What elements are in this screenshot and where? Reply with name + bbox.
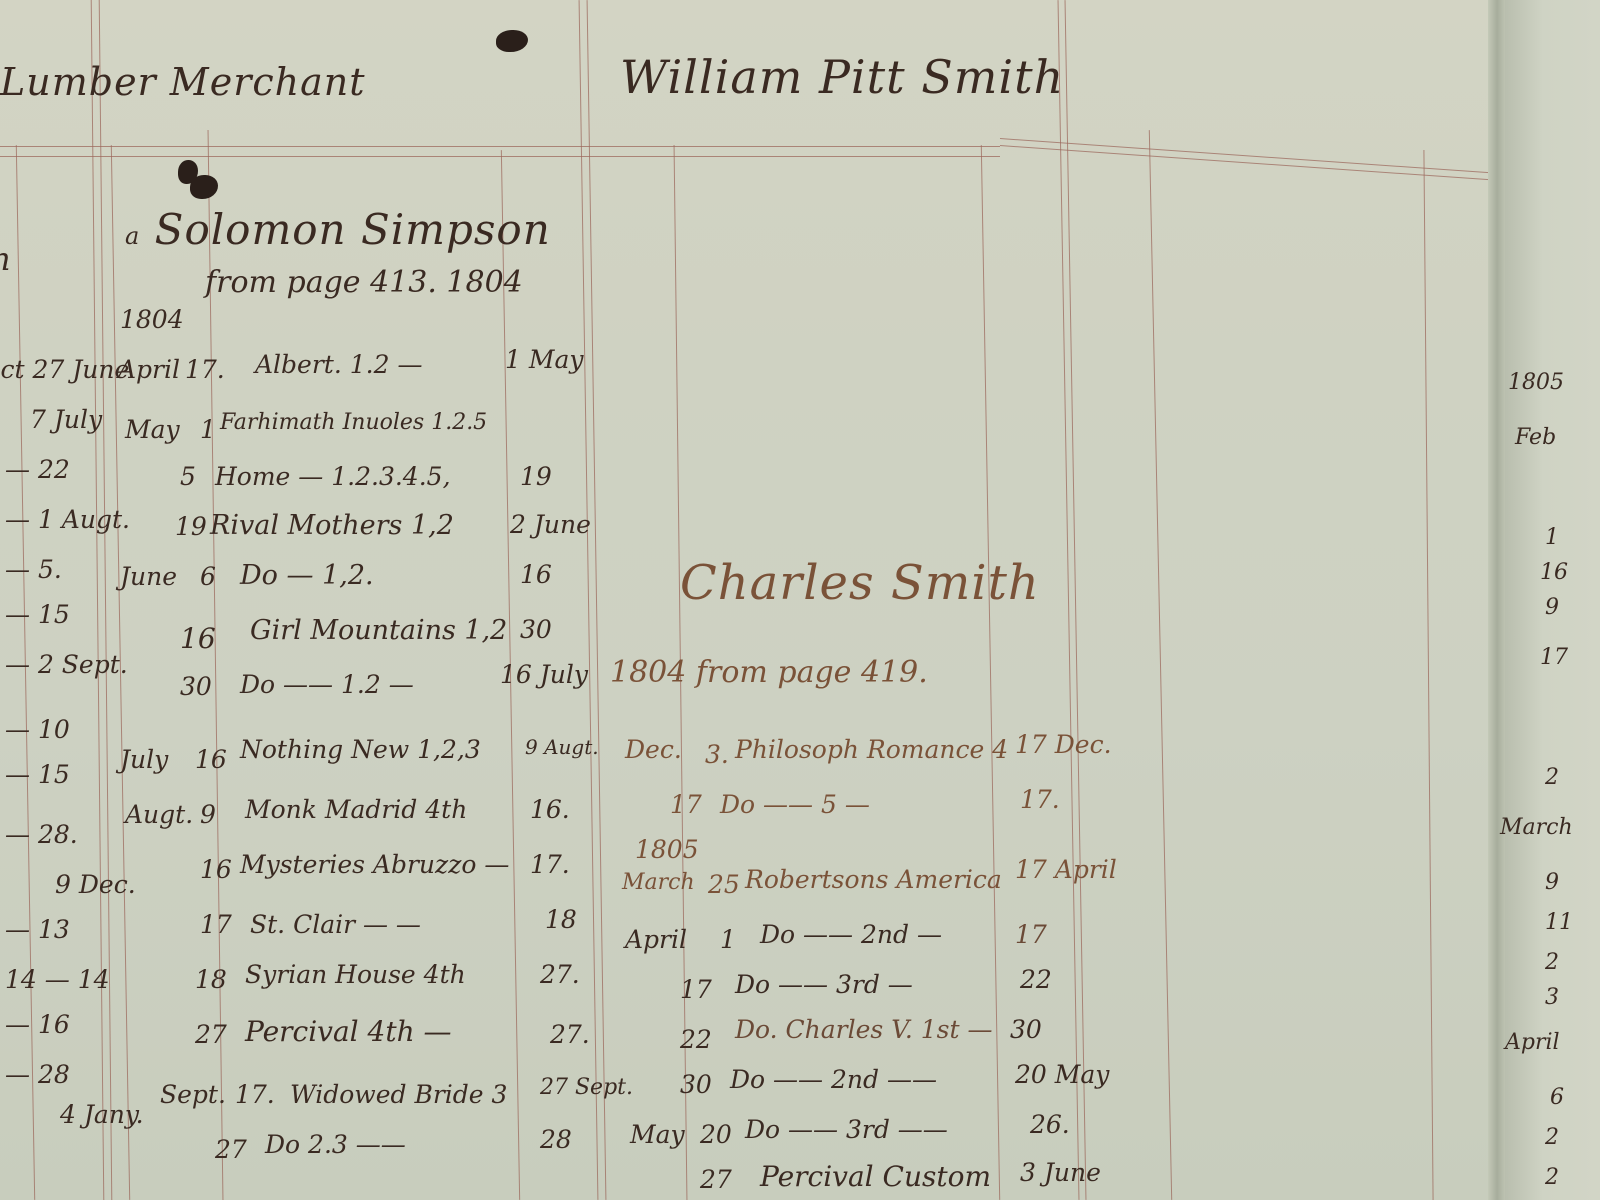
facing-fragment: 9 [1545,595,1559,620]
entry-day: 9 [200,800,216,829]
facing-fragment: 17 [1540,645,1568,670]
entry-to: 16 [520,560,552,589]
year-label: 1804 [120,305,184,334]
carried-from: from page 413. 1804 [205,265,523,300]
margin-fragment: Oct 27 June [0,355,129,384]
entry-day: 19 [175,512,207,541]
entry-month: March [622,870,695,895]
entry-to: 9 Augt. [525,735,599,759]
entry-to: 30 [1010,1015,1042,1044]
facing-fragment: 2 [1545,1165,1559,1190]
entry-title: Mysteries Abruzzo — [240,850,509,879]
entry-to: 26. [1030,1110,1070,1139]
entry-title: Percival Custom [760,1160,991,1193]
entry-to: 16 July [500,660,588,689]
column-rule [1423,150,1433,1200]
entry-title: St. Clair — — [250,910,421,939]
entry-to: 19 [520,462,552,491]
entry-day: 17 [670,790,702,819]
entry-day: 30 [680,1070,712,1099]
facing-fragment: 9 [1545,870,1559,895]
facing-fragment: 6 [1550,1085,1564,1110]
margin-fragment: — 2 Sept. [5,650,128,679]
entry-title: Robertsons America [745,865,1002,894]
entry-title: Albert. 1.2 — [255,350,422,379]
margin-fragment: — 5. [5,555,62,584]
entry-to: 17 April [1015,855,1117,884]
entry-day: 30 [180,672,212,701]
entry-to: 17. [530,850,570,879]
entry-title: Percival 4th — [245,1015,452,1048]
entry-day: 17. [235,1080,275,1109]
margin-fragment: — 28. [5,820,78,849]
entry-title: Widowed Bride 3 [290,1080,507,1109]
margin-fragment: — 10 [5,715,70,744]
entry-title: Rival Mothers 1,2 [210,510,454,541]
entry-day: 16 [195,745,227,774]
entry-title: Philosoph Romance 4 [735,735,1008,764]
margin-fragment: — 15 [5,760,70,789]
entry-day: 1 [720,925,736,954]
facing-fragment: 1 [1545,525,1559,550]
entry-title: Girl Mountains 1,2 [250,615,507,646]
facing-fragment: 2 [1545,765,1559,790]
entry-day: 22 [680,1025,712,1054]
facing-fragment: 2 [1545,1125,1559,1150]
entry-day: 25 [708,870,740,899]
year-label: 1805 [635,835,699,864]
entry-title: Home — 1.2.3.4.5, [215,462,451,491]
entry-to: 2 June [510,510,591,539]
entry-title: Do —— 3rd — [735,970,913,999]
entry-title: Nothing New 1,2,3 [240,735,481,764]
entry-to: 30 [520,615,552,644]
entry-day: 18 [195,965,227,994]
margin-fragment: — 13 [5,915,70,944]
facing-fragment: 2 [1545,950,1559,975]
header-rule [0,156,1000,157]
entry-day: 5 [180,462,196,491]
entry-month: May [630,1120,685,1149]
ledger-page: Lumber Merchant William Pitt Smith n Oct… [0,0,1500,1200]
entry-day: 16 [180,622,216,655]
facing-fragment: 1805 [1508,370,1564,395]
entry-title: Do 2.3 —— [265,1130,406,1159]
header-rule [1000,145,1489,180]
entry-to: 17. [1020,785,1060,814]
ink-blot [190,175,218,199]
entry-to: 16. [530,795,570,824]
entry-day: 17. [185,355,225,384]
entry-day: 17 [200,910,232,939]
ink-blot [496,30,528,52]
margin-fragment: — 22 [5,455,70,484]
entry-title: Do —— 5 — [720,790,870,819]
facing-fragment: 16 [1540,560,1568,585]
entry-month: April [118,355,180,384]
entry-day: 27 [195,1020,227,1049]
entry-to: 27. [550,1020,590,1049]
entry-to: 17 Dec. [1015,730,1112,759]
entry-day: 17 [680,975,712,1004]
header-rule [1000,138,1489,173]
entry-month: Augt. [125,800,193,829]
entry-month: June [120,562,177,591]
entry-title: Do. Charles V. 1st — [735,1015,993,1044]
entry-title: Do —— 2nd — [760,920,942,949]
account-name: a Solomon Simpson [125,205,551,254]
entry-day: 3. [705,740,729,769]
entry-to: 27 Sept. [540,1075,633,1100]
facing-fragment: 11 [1545,910,1573,935]
entry-to: 27. [540,960,580,989]
entry-title: Do —— 3rd —— [745,1115,948,1144]
entry-title: Farhimath Inuoles 1.2.5 [220,410,487,435]
entry-title: Do —— 1.2 — [240,670,414,699]
margin-fragment: — 16 [5,1010,70,1039]
account-name-text: Solomon Simpson [155,205,551,254]
entry-day: 27 [215,1135,247,1164]
facing-fragment: 3 [1545,985,1559,1010]
margin-fragment: 9 Dec. [55,870,136,899]
facing-fragment: April [1505,1030,1560,1055]
entry-to: 20 May [1015,1060,1109,1089]
entry-title: Monk Madrid 4th [245,795,467,824]
header-rule [0,146,1000,147]
column-rule [1149,130,1172,1200]
entry-month: Dec. [625,735,682,764]
margin-fragment: — 28 [5,1060,70,1089]
margin-fragment: — 1 Augt. [5,505,130,534]
entry-month: July [120,745,168,774]
entry-to: 22 [1020,965,1052,994]
entry-day: 16 [200,855,232,884]
entry-title: Do — 1,2. [240,560,374,591]
entry-to: 1 May [505,345,583,374]
left-page-title: Lumber Merchant [0,60,366,104]
entry-month: May [125,415,180,444]
facing-fragment: March [1500,815,1573,840]
entry-title: Syrian House 4th [245,960,466,989]
entry-title: Do —— 2nd —— [730,1065,937,1094]
margin-fragment: n [0,240,11,278]
column-rule [91,0,105,1200]
account-prefix: a [125,222,140,250]
entry-to: 28 [540,1125,572,1154]
carried-from: 1804 from page 419. [610,655,928,690]
entry-day: 27 [700,1165,732,1194]
margin-fragment: 14 — 14 [5,965,110,994]
entry-day: 20 [700,1120,732,1149]
entry-month: Sept. [160,1080,226,1109]
entry-to: 17 [1015,920,1047,949]
entry-to: 3 June [1020,1158,1101,1187]
facing-page-edge: 1805 Feb 1 16 9 17 2 March 9 11 2 3 Apri… [1505,0,1600,1200]
entry-day: 1 [200,415,216,444]
facing-fragment: Feb [1515,425,1556,450]
margin-fragment: 4 Jany. [60,1100,144,1129]
entry-to: 18 [545,905,577,934]
entry-month: April [625,925,687,954]
entry-day: 6 [200,562,216,591]
margin-fragment: — 15 [5,600,70,629]
account-holder-title: William Pitt Smith [620,50,1064,104]
book-gutter [1488,0,1506,1200]
account-name: Charles Smith [680,555,1040,611]
margin-fragment: 7 July [30,405,102,434]
